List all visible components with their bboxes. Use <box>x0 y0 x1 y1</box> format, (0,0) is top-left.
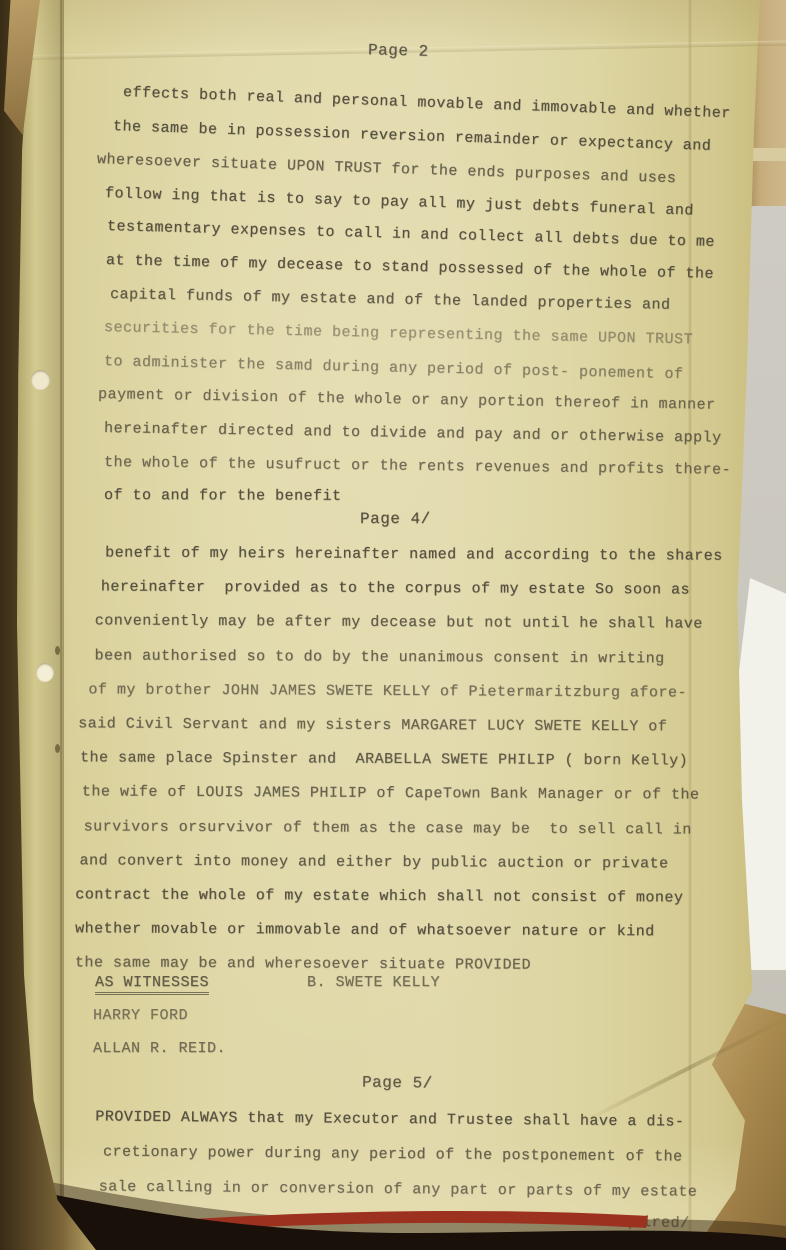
punch-hole <box>36 663 54 682</box>
stitch-notch <box>55 744 60 753</box>
witness-name-harry-ford: HARRY FORD <box>93 1007 188 1024</box>
page-fold-line <box>60 0 62 1250</box>
scanned-will-document: Page 2 effects both real and personal mo… <box>0 0 786 1250</box>
text-line: the same place Spinster and ARABELLA SWE… <box>80 742 722 780</box>
page-5-heading: Page 5/ <box>362 1074 433 1093</box>
text-line: conveniently may be after my decease but… <box>95 605 723 642</box>
text-line: contract the whole of my estate which sh… <box>75 878 721 916</box>
stitch-notch <box>55 646 60 655</box>
text-line: hereinafter provided as to the corpus of… <box>101 571 723 608</box>
page-2-heading: Page 2 <box>368 41 429 61</box>
punch-hole <box>31 370 50 390</box>
text-line: whether movable or immovable and of what… <box>75 913 721 951</box>
page2-text-block: effects both real and personal movable a… <box>123 76 731 513</box>
page4-text-block: benefit of my heirs hereinafter named an… <box>83 536 723 984</box>
signature-b-swete-kelly: B. SWETE KELLY <box>307 974 440 991</box>
text-line: benefit of my heirs hereinafter named an… <box>105 536 723 573</box>
text-line: of my brother JOHN JAMES SWETE KELLY of … <box>88 673 722 711</box>
bottom-shadow-and-ribbon <box>0 1120 786 1250</box>
text-line: the wife of LOUIS JAMES PHILIP of CapeTo… <box>82 776 722 814</box>
text-line: survivors orsurvivor of them as the case… <box>84 810 722 848</box>
text-line: been authorised so to do by the unanimou… <box>94 639 722 676</box>
text-line: and convert into money and either by pub… <box>79 844 721 882</box>
page-4-heading: Page 4/ <box>360 510 431 528</box>
witnesses-label: AS WITNESSES <box>95 974 209 995</box>
witness-name-allan-reid: ALLAN R. REID. <box>93 1040 226 1057</box>
text-line: said Civil Servant and my sisters MARGAR… <box>78 707 722 745</box>
